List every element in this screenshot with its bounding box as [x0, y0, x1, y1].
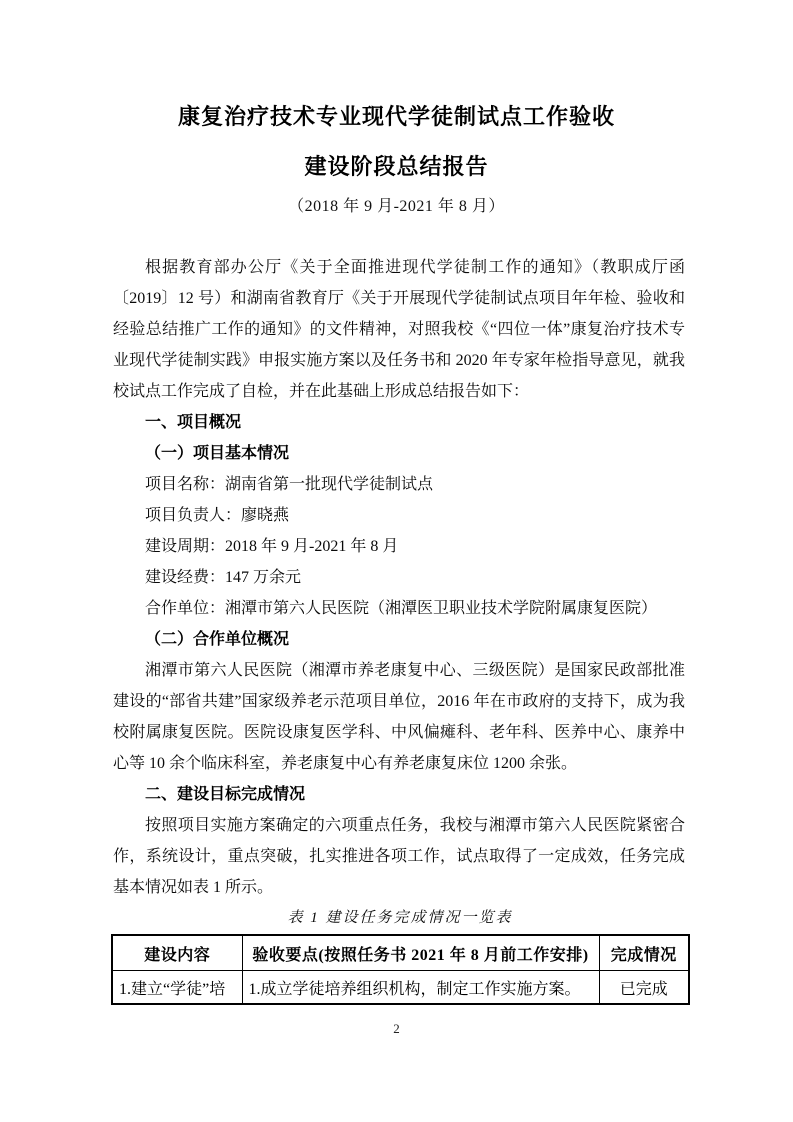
- doc-title-line-1: 康复治疗技术专业现代学徒制试点工作验收: [0, 92, 793, 142]
- paragraph-task-summary: 按照项目实施方案确定的六项重点任务，我校与湘潭市第六人民医院紧密合作，系统设计，…: [113, 810, 685, 903]
- document-page: 康复治疗技术专业现代学徒制试点工作验收 建设阶段总结报告 （2018 年 9 月…: [0, 0, 793, 1122]
- table-caption: 表 1 建设任务完成情况一览表: [111, 903, 689, 934]
- title-block: 康复治疗技术专业现代学徒制试点工作验收 建设阶段总结报告 （2018 年 9 月…: [0, 92, 793, 222]
- field-construction-budget: 建设经费：147 万余元: [113, 562, 685, 593]
- heading-section-2: 二、建设目标完成情况: [113, 779, 685, 810]
- task-completion-table: 建设内容 验收要点(按照任务书 2021 年 8 月前工作安排) 完成情况 1.…: [111, 934, 690, 1005]
- table-header-row: 建设内容 验收要点(按照任务书 2021 年 8 月前工作安排) 完成情况: [112, 935, 689, 971]
- table-header-content: 建设内容: [112, 935, 242, 971]
- field-project-leader: 项目负责人：廖晓燕: [113, 500, 685, 531]
- paragraph-intro: 根据教育部办公厅《关于全面推进现代学徒制工作的通知》（教职成厅函〔2019〕12…: [113, 252, 685, 407]
- table-cell-status: 已完成: [599, 971, 689, 1005]
- page-number: 2: [0, 1021, 793, 1037]
- table-row: 1.建立“学徒”培 1.成立学徒培养组织机构，制定工作实施方案。 已完成: [112, 971, 689, 1005]
- document-body: 根据教育部办公厅《关于全面推进现代学徒制工作的通知》（教职成厅函〔2019〕12…: [113, 252, 685, 903]
- heading-subsection-1-2: （二）合作单位概况: [113, 624, 685, 655]
- field-construction-period: 建设周期：2018 年 9 月-2021 年 8 月: [113, 531, 685, 562]
- doc-title-line-2: 建设阶段总结报告: [0, 142, 793, 192]
- table-cell-content: 1.建立“学徒”培: [112, 971, 242, 1005]
- table-header-status: 完成情况: [599, 935, 689, 971]
- field-project-name: 项目名称：湖南省第一批现代学徒制试点: [113, 469, 685, 500]
- table-cell-acceptance-points: 1.成立学徒培养组织机构，制定工作实施方案。: [242, 971, 599, 1005]
- heading-section-1: 一、项目概况: [113, 407, 685, 438]
- heading-subsection-1-1: （一）项目基本情况: [113, 438, 685, 469]
- field-partner-unit: 合作单位：湘潭市第六人民医院（湘潭医卫职业技术学院附属康复医院）: [113, 593, 685, 624]
- doc-date-range: （2018 年 9 月-2021 年 8 月）: [0, 192, 793, 222]
- table-header-acceptance-points: 验收要点(按照任务书 2021 年 8 月前工作安排): [242, 935, 599, 971]
- paragraph-partner-overview: 湘潭市第六人民医院（湘潭市养老康复中心、三级医院）是国家民政部批准建设的“部省共…: [113, 655, 685, 779]
- task-table-block: 表 1 建设任务完成情况一览表 建设内容 验收要点(按照任务书 2021 年 8…: [111, 903, 689, 1005]
